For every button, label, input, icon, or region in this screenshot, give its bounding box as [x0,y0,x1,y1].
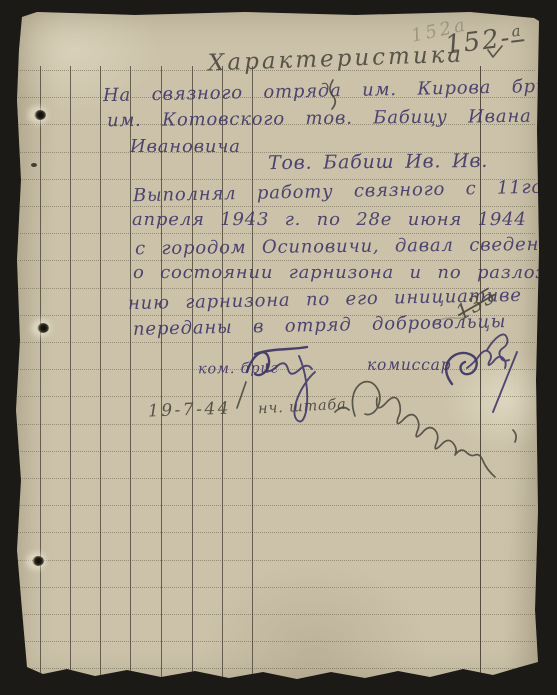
date-value: 19-7-44 [148,401,232,421]
ruled-line-horizontal [18,614,535,615]
ruled-line-horizontal [18,532,535,533]
body-line: им. Котовского тов. Бабицу Ивана [107,108,532,130]
page-number-superscript: а [509,21,524,42]
chief-of-staff-label: нч. штаба [258,398,347,417]
punch-hole [32,556,44,566]
ruled-line-horizontal [18,668,535,669]
body-line: Выполнял работу связного с 11го [133,179,543,206]
ruled-line-horizontal [18,641,535,642]
punch-hole [37,323,49,333]
body-line: апреля 1943 г. по 28е июня 1944 г. [132,211,557,229]
ruled-line-horizontal [18,560,535,561]
body-line: переданы в отряд добровольцы [133,313,507,339]
ruled-line-vertical [192,66,193,678]
ruled-line-horizontal [18,478,535,479]
ruled-line-vertical [161,66,162,678]
divider-stroke [237,382,246,408]
ruled-line-horizontal [18,342,535,343]
paper-speck [31,163,37,167]
body-line: с городом Осиповичи, давал сведения [135,236,557,258]
document-page: 152а 152-а Характеристика На связного от… [15,10,541,684]
ruled-line-horizontal [18,587,535,588]
commissar-signature [467,334,517,412]
body-line: На связного отряда им. Кирова бригады [103,77,557,105]
commander-rank-label: ком. бриг [198,362,279,377]
ruled-line-horizontal [18,505,535,506]
ruled-line-vertical [40,66,41,678]
ruled-line-horizontal [18,206,535,207]
body-line: о состоянии гарнизона и по разложе- [133,264,557,282]
ruled-line-horizontal [18,424,535,425]
punch-hole [34,110,46,120]
body-line: Тов. Бабиш Ив. Ив. [268,152,488,173]
commissar-label: комиссар [367,358,451,374]
ruled-line-vertical [70,66,71,678]
body-line: Ивановича [130,138,241,156]
ruled-line-vertical [100,66,101,678]
photo-background: 152а 152-а Характеристика На связного от… [0,0,557,695]
ruled-line-horizontal [18,451,535,452]
ruled-line-vertical [130,66,131,678]
ruled-line-horizontal [18,396,535,397]
